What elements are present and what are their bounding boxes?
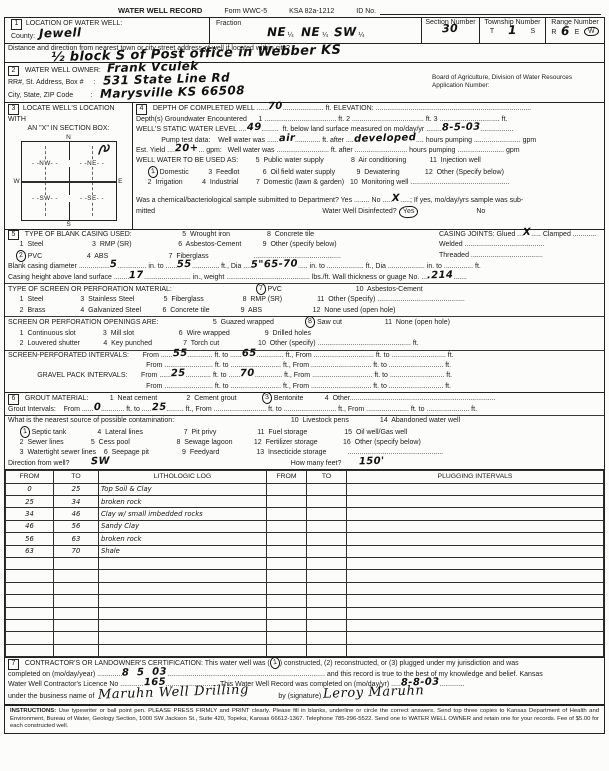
casing-joints-glued: CASING JOINTS: Glued ...X..... Clamped .… <box>436 230 604 241</box>
plug-to-cell <box>307 607 347 619</box>
form-body: 1LOCATION OF WATER WELL: County: Jewell … <box>4 17 605 734</box>
section-7-certification: 7 CONTRACTOR'S OR LANDOWNER'S CERTIFICAT… <box>5 657 604 705</box>
section-box-wrap: N - -NW- - - -NE- - - -SW- - - -SE- - <box>19 134 119 228</box>
handwritten-value: 5"65-70 <box>251 261 298 270</box>
header-plugging-intervals: PLUGGING INTERVALS <box>347 471 604 483</box>
lith-to-cell: 25 <box>54 483 99 495</box>
printed-text: Direction from well? <box>8 460 91 467</box>
lith-from-cell: 46 <box>6 520 54 532</box>
section-5-casing: 5 TYPE OF BLANK CASING USED: 5 Wrought i… <box>5 230 604 393</box>
handwritten-value: air <box>279 134 296 142</box>
casing-joints-threaded: Threaded ...............................… <box>436 251 604 263</box>
gravel-intervals-line-2: From ......................... ft. to ..… <box>5 382 604 392</box>
printed-text: ............. ft. to ...... <box>187 352 241 359</box>
lith-to-cell: 34 <box>54 496 99 508</box>
handwritten-value: 55 <box>172 349 187 357</box>
lith-to-cell <box>54 607 99 619</box>
printed-text: Casing height above land surface .......… <box>8 274 129 281</box>
section-4-number: 4 <box>136 104 147 115</box>
pen-circled-number: 3 <box>261 392 272 404</box>
range-cell: Range Number R 6 E W <box>546 18 604 43</box>
printed-text: .... hours pumping .....................… <box>416 137 536 144</box>
lith-log-cell: Top Soil & Clay <box>99 483 267 495</box>
header-from-1: FROM <box>6 471 54 483</box>
handwritten-value: X <box>523 229 531 237</box>
section-3-title1: LOCATE WELL'S LOCATION WITH <box>8 105 115 123</box>
printed-text: ............. <box>439 681 464 688</box>
table-body: 025Top Soil & Clay2534broken rock3446Cla… <box>6 483 604 656</box>
range-w-circled: W <box>584 27 599 37</box>
plug-to-cell <box>307 619 347 631</box>
printed-text: TYPE OF SCREEN OR PERFORATION MATERIAL: <box>8 286 256 293</box>
printed-text: ....... <box>453 274 467 281</box>
form-number: Form WWC-5 <box>224 8 267 15</box>
location-grid: 1LOCATION OF WATER WELL: County: Jewell … <box>5 18 604 44</box>
printed-text <box>136 169 148 176</box>
printed-text: ............. ft. after .... <box>295 137 354 144</box>
lith-to-cell: 70 <box>54 545 99 557</box>
range-value: 6 <box>561 27 570 35</box>
table-row <box>6 644 604 656</box>
contamination-line-3: 2 Sewer lines 5 Cess pool 8 Sewage lagoo… <box>5 438 604 448</box>
plug-from-cell <box>267 496 307 508</box>
quadrant-se: - -SE- - <box>69 195 116 202</box>
printed-text: mitted Water Well Disinfected? <box>136 208 399 215</box>
lith-from-cell <box>6 570 54 582</box>
lith-from-cell <box>6 632 54 644</box>
casing-row-3: 2 PVC 4 ABS 7 Fiberglass ...............… <box>5 251 604 263</box>
handwritten-value: Marysville KS 66508 <box>100 86 245 98</box>
printed-text: 2 Irrigation 4 Industrial 7 Domestic (la… <box>136 179 509 186</box>
certification-line-2: completed on (mo/day/year) .............… <box>5 670 604 680</box>
form-header: WATER WELL RECORD Form WWC-5 KSA 82a-121… <box>4 2 605 17</box>
printed-text: Septic tank 4 Lateral lines 7 Pit privy … <box>30 429 408 436</box>
lith-log-cell <box>99 557 267 569</box>
handwritten-value: SW <box>91 458 110 466</box>
agency-block: Board of Agriculture, Division of Water … <box>430 63 604 102</box>
printed-text: WELL'S STATIC WATER LEVEL .... <box>136 126 247 133</box>
printed-text: under the business name of <box>8 693 98 700</box>
lith-log-cell <box>99 632 267 644</box>
plug-from-cell <box>267 644 307 656</box>
owner-wrap: 2 WATER WELL OWNER: Frank Vculek RR#, St… <box>5 63 604 102</box>
sample-line-2: mitted Water Well Disinfected? Yes No <box>133 206 604 218</box>
printed-text: GROUT MATERIAL: 1 Neat cement 2 Cement g… <box>23 395 262 402</box>
plug-from-cell <box>267 632 307 644</box>
township-s: S <box>530 28 535 35</box>
casing-row-2: 1 Steel 3 RMP (SR) 6 Asbestos-Cement 9 O… <box>5 240 604 250</box>
pen-circled-number: 1 <box>19 425 30 437</box>
plug-to-cell <box>307 570 347 582</box>
handwritten-value: 55 <box>177 261 192 269</box>
certification-line-1: 7 CONTRACTOR'S OR LANDOWNER'S CERTIFICAT… <box>5 658 604 670</box>
table-row: 5663broken rock <box>6 533 604 545</box>
printed-text: 2 Sewer lines 5 Cess pool 8 Sewage lagoo… <box>8 439 421 446</box>
plug-interval-cell <box>347 533 604 545</box>
range-e: E <box>575 29 580 36</box>
casing-row-1-left: 5 TYPE OF BLANK CASING USED: 5 Wrought i… <box>5 230 436 241</box>
casing-joints-welded: Welded .................................… <box>436 240 604 250</box>
table-row: 3446Clay w/ small imbedded rocks <box>6 508 604 520</box>
signature-text: Leroy Maruhn <box>323 688 425 700</box>
lith-log-cell: broken rock <box>99 533 267 545</box>
est-yield-line: Est. Yield ....20+... gpm: Well water wa… <box>133 146 604 156</box>
range-r: R <box>551 29 556 36</box>
use-line-1: WELL WATER TO BE USED AS: 5 Public water… <box>133 156 604 166</box>
grout-intervals-line: Grout Intervals: From ......0...........… <box>5 405 604 415</box>
printed-text: How many feet? <box>110 460 359 467</box>
openings-line-2: 1 Continuous slot 3 Mill slot 6 Wire wra… <box>5 329 604 339</box>
plug-to-cell <box>307 533 347 545</box>
township-value-line: T 1 S <box>483 27 542 35</box>
section-2-number: 2 <box>8 66 19 77</box>
printed-text: 2 Brass 4 Galvanized Steel 6 Concrete ti… <box>8 307 396 314</box>
printed-text: Pump test data: Well water was ...... <box>136 137 279 144</box>
pen-circled-word: Yes <box>398 206 418 219</box>
table-row <box>6 582 604 594</box>
lith-log-cell: Clay w/ small imbedded rocks <box>99 508 267 520</box>
lith-from-cell <box>6 582 54 594</box>
printed-text: From ......................... ft. to ..… <box>8 383 451 390</box>
handwritten-value: 17 <box>129 271 144 279</box>
plug-to-cell <box>307 508 347 520</box>
table-row <box>6 607 604 619</box>
plug-to-cell <box>307 557 347 569</box>
lith-to-cell: 46 <box>54 508 99 520</box>
quadrant-sw: - -SW- - <box>22 195 69 202</box>
printed-text: .....; If yes, mo/day/yrs sample was sub… <box>400 197 523 204</box>
pen-circled-number: 1 <box>147 165 158 177</box>
printed-text: SCREEN-PERFORATED INTERVALS: From ...... <box>8 352 173 359</box>
county-value: Jewell <box>39 28 82 37</box>
plug-from-cell <box>267 557 307 569</box>
pen-circled-number: 8 <box>304 316 315 328</box>
casing-diameter-line: Blank casing diameter ................5.… <box>5 262 604 272</box>
pump-test-line: Pump test data: Well water was ......air… <box>133 136 604 146</box>
printed-text: by (signature) <box>249 693 323 700</box>
openings-line-3: 2 Louvered shutter 4 Key punched 7 Torch… <box>5 339 604 349</box>
lith-from-cell <box>6 619 54 631</box>
lith-log-cell <box>99 582 267 594</box>
fraction-value-line: NE ¼ NE ¼ SW ¼ <box>213 29 418 41</box>
handwritten-value: 49 <box>246 124 261 132</box>
printed-text: Est. Yield .... <box>136 147 175 154</box>
lith-from-cell <box>6 644 54 656</box>
table-row <box>6 632 604 644</box>
quadrant-nw: - -NW- - <box>22 160 69 167</box>
printed-text: ............. ft. to ...... <box>186 372 240 379</box>
header-from-2: FROM <box>267 471 307 483</box>
section-number-value: 30 <box>442 25 458 33</box>
table-header-row: FROM TO LITHOLOGIC LOG FROM TO PLUGGING … <box>6 471 604 483</box>
section-3-locate: 3LOCATE WELL'S LOCATION WITH AN "X" IN S… <box>5 103 133 229</box>
plug-interval-cell <box>347 496 604 508</box>
screen-material-line-2: 1 Steel 3 Stainless Steel 5 Fiberglass 8… <box>5 295 604 305</box>
lith-to-cell <box>54 582 99 594</box>
screen-intervals-line-2: From ......................... ft. to ..… <box>5 361 604 371</box>
water-well-record-form: WATER WELL RECORD Form WWC-5 KSA 82a-121… <box>0 0 609 771</box>
compass-s: S <box>19 221 119 228</box>
printed-text: ..................... ft. ELEVATION: ...… <box>283 105 531 112</box>
section-number-cell: Section Number 30 <box>422 18 480 43</box>
compass-n: N <box>19 134 119 141</box>
id-number-blank <box>380 6 601 15</box>
printed-text: ......... ft., From ....................… <box>166 406 477 413</box>
printed-text: .............. ft., From ...............… <box>256 352 453 359</box>
compass-w: W <box>14 178 20 185</box>
printed-text: ..... in. to ................... ft., Di… <box>298 263 481 270</box>
printed-text: From ......................... ft. to ..… <box>8 362 451 369</box>
table-row <box>6 619 604 631</box>
plug-from-cell <box>267 570 307 582</box>
certification-segments: CONTRACTOR'S OR LANDOWNER'S CERTIFICATIO… <box>23 660 519 667</box>
printed-text: 1 Continuous slot 3 Mill slot 6 Wire wra… <box>8 330 311 337</box>
lith-to-cell <box>54 595 99 607</box>
section-6-number: 6 <box>8 394 19 405</box>
lith-log-cell <box>99 570 267 582</box>
city-line: City, State, ZIP Code : Marysville KS 66… <box>5 89 430 101</box>
plug-interval-cell <box>347 483 604 495</box>
header-to-2: TO <box>307 471 347 483</box>
gravel-intervals-line-1: GRAVEL PACK INTERVALS: From ......25....… <box>5 371 604 381</box>
plug-interval-cell <box>347 619 604 631</box>
casing-row-2-left: 1 Steel 3 RMP (SR) 6 Asbestos-Cement 9 O… <box>5 240 436 250</box>
handwritten-value: .214 <box>427 271 453 280</box>
printed-text: DEPTH OF COMPLETED WELL ...... <box>151 105 268 112</box>
printed-text: completed on (mo/day/year) ............. <box>8 671 122 678</box>
printed-text: Domestic 3 Feedlot 6 Oil field water sup… <box>158 169 504 176</box>
printed-text: Threaded ...............................… <box>439 252 543 259</box>
table-row: 025Top Soil & Clay <box>6 483 604 495</box>
handwritten-value: NE <box>267 28 286 36</box>
handwritten-value: X <box>392 195 400 203</box>
table-row: 2534broken rock <box>6 496 604 508</box>
plug-to-cell <box>307 595 347 607</box>
plug-from-cell <box>267 533 307 545</box>
plug-from-cell <box>267 483 307 495</box>
handwritten-value: 0 <box>93 404 101 412</box>
handwritten-value: developed <box>354 134 416 144</box>
plug-interval-cell <box>347 632 604 644</box>
township-value: 1 <box>508 26 517 34</box>
table-row <box>6 570 604 582</box>
printed-text: 1 Steel 3 Stainless Steel 5 Fiberglass 8… <box>8 296 465 303</box>
openings-line-1: SCREEN OR PERFORATION OPENINGS ARE: 5 Gu… <box>5 316 604 329</box>
printed-text: Was a chemical/bacteriological sample su… <box>136 197 392 204</box>
pen-circled-number: 1 <box>269 657 280 669</box>
plug-interval-cell <box>347 595 604 607</box>
lith-to-cell <box>54 557 99 569</box>
handwritten-value: 8 5 03 <box>122 668 167 677</box>
contamination-line-2: 1 Septic tank 4 Lateral lines 7 Pit priv… <box>5 427 604 439</box>
section-3-title2: AN "X" IN SECTION BOX: <box>7 124 130 133</box>
printed-text: City, State, ZIP Code : <box>8 92 100 99</box>
compass-e: E <box>118 178 122 185</box>
lith-from-cell: 63 <box>6 545 54 557</box>
lith-to-cell <box>54 619 99 631</box>
lith-to-cell <box>54 632 99 644</box>
plug-from-cell <box>267 520 307 532</box>
lith-log-cell <box>99 644 267 656</box>
lith-log-cell <box>99 595 267 607</box>
plug-to-cell <box>307 496 347 508</box>
table-row <box>6 595 604 607</box>
depth-segments: DEPTH OF COMPLETED WELL ......70........… <box>151 105 531 112</box>
section-3-title-line1: 3LOCATE WELL'S LOCATION WITH <box>7 104 130 124</box>
printed-text: ... gpm: Well water was ................… <box>198 147 519 154</box>
printed-text: GRAVEL PACK INTERVALS: From ...... <box>8 372 171 379</box>
casing-height-line: Casing height above land surface .......… <box>5 273 604 283</box>
instructions-body: Use typewriter or ball point pen. PLEASE… <box>10 708 599 728</box>
casing-row-3-left: 2 PVC 4 ABS 7 Fiberglass ...............… <box>5 251 436 263</box>
plug-interval-cell <box>347 570 604 582</box>
township-cell: Township Number T 1 S <box>480 18 546 43</box>
quadrant-ne: - -NE- - <box>69 160 116 167</box>
section-5-number: 5 <box>8 230 19 241</box>
plug-interval-cell <box>347 520 604 532</box>
handwritten-value: 8-5-03 <box>442 124 481 133</box>
contamination-line-1: What is the nearest source of possible c… <box>5 415 604 426</box>
printed-text: ..... Clamped ............ <box>531 231 596 238</box>
printed-text <box>8 429 20 436</box>
township-t: T <box>490 28 494 35</box>
header-lithologic-log: LITHOLOGIC LOG <box>99 471 267 483</box>
printed-text: ........................................… <box>167 671 542 678</box>
printed-text: Grout Intervals: From ...... <box>8 406 94 413</box>
section-box: - -NW- - - -NE- - - -SW- - - -SE- - W E <box>21 141 117 221</box>
lith-to-cell <box>54 644 99 656</box>
section-3-number: 3 <box>8 104 19 115</box>
printed-text: Saw cut 11 None (open hole) <box>315 319 450 326</box>
plug-interval-cell <box>347 508 604 520</box>
printed-text: ¼ <box>320 32 334 39</box>
plug-to-cell <box>307 632 347 644</box>
plug-interval-cell <box>347 607 604 619</box>
lith-from-cell <box>6 595 54 607</box>
printed-text: 1 Steel 3 RMP (SR) 6 Asbestos-Cement 9 O… <box>8 241 337 248</box>
lith-log-cell: broken rock <box>99 496 267 508</box>
printed-text: WATER WELL OWNER: <box>23 67 107 74</box>
lith-log-cell: Sandy Clay <box>99 520 267 532</box>
lith-from-cell: 56 <box>6 533 54 545</box>
printed-text: SCREEN OR PERFORATION OPENINGS ARE: 5 Gu… <box>8 319 305 326</box>
printed-text: ................. <box>480 126 513 133</box>
casing-row-1: 5 TYPE OF BLANK CASING USED: 5 Wrought i… <box>5 230 604 241</box>
instructions-block: INSTRUCTIONS: Use typewriter or ball poi… <box>5 705 604 733</box>
certification-line-3: Water Well Contractor's Licence No .....… <box>5 680 604 690</box>
printed-text: WELL WATER TO BE USED AS: 5 Public water… <box>136 157 481 164</box>
printed-text: 2 Louvered shutter 4 Key punched 7 Torch… <box>8 340 419 347</box>
groundwater-line: Depth(s) Groundwater Encountered 1 .....… <box>133 115 604 125</box>
plug-from-cell <box>267 508 307 520</box>
printed-text <box>8 253 16 260</box>
handwritten-value: 5 <box>110 261 118 269</box>
section-1-location: 1LOCATION OF WATER WELL: County: Jewell … <box>5 18 604 63</box>
signature-text: Maruhn Well Drilling <box>98 687 249 700</box>
lith-from-cell <box>6 607 54 619</box>
county-label: County: <box>11 33 35 40</box>
plug-to-cell <box>307 582 347 594</box>
instructions-title: INSTRUCTIONS: <box>10 708 56 714</box>
statute-reference: KSA 82a-1212 <box>289 8 334 15</box>
section-2-owner: 2 WATER WELL OWNER: Frank Vculek RR#, St… <box>5 63 604 103</box>
lith-from-cell: 0 <box>6 483 54 495</box>
direction-distance-line: Direction from well? SW How many feet? 1… <box>5 459 604 469</box>
use-line-3: 2 Irrigation 4 Industrial 7 Domestic (la… <box>133 178 604 188</box>
handwritten-value: 70 <box>240 370 255 378</box>
section-1-title-line: 1LOCATION OF WATER WELL: <box>8 19 206 30</box>
handwritten-value: SW <box>334 28 357 37</box>
owner-left: 2 WATER WELL OWNER: Frank Vculek RR#, St… <box>5 63 430 102</box>
table-row: 6370Shale <box>6 545 604 557</box>
printed-text: .............. ft., Dia .... <box>192 263 251 270</box>
id-number-label: ID No. <box>356 8 376 15</box>
handwritten-value: NE <box>301 28 320 36</box>
plug-from-cell <box>267 545 307 557</box>
sections-3-4: 3LOCATE WELL'S LOCATION WITH AN "X" IN S… <box>5 103 604 230</box>
plug-from-cell <box>267 595 307 607</box>
range-value-line: R 6 E W <box>549 27 601 36</box>
lith-log-cell <box>99 607 267 619</box>
printed-text: RR#, St. Address, Box # : <box>8 79 103 86</box>
plug-interval-cell <box>347 582 604 594</box>
lith-log-cell: Shale <box>99 545 267 557</box>
section-4-depth: 4 DEPTH OF COMPLETED WELL ......70......… <box>133 103 604 229</box>
printed-text: ............ ft. to ..... <box>101 406 152 413</box>
handwritten-value: 25 <box>171 370 186 378</box>
agency-name: Board of Agriculture, Division of Water … <box>432 74 600 82</box>
header-to-1: TO <box>54 471 99 483</box>
section-6-grout: 6 GROUT MATERIAL: 1 Neat cement 2 Cement… <box>5 393 604 470</box>
county-line: County: Jewell <box>8 30 206 42</box>
printed-text: Bentonite 4 Other.......................… <box>272 395 496 402</box>
lith-log-cell <box>99 619 267 631</box>
depth-line: 4 DEPTH OF COMPLETED WELL ......70......… <box>133 104 604 115</box>
printed-text: Welded .................................… <box>439 241 544 248</box>
business-signature-line: under the business name of Maruhn Well D… <box>5 690 604 704</box>
printed-text: No <box>418 208 485 215</box>
plug-to-cell <box>307 545 347 557</box>
printed-text: What is the nearest source of possible c… <box>8 417 460 424</box>
printed-text: Blank casing diameter ................ <box>8 263 110 270</box>
printed-text: ........................ in., weight ...… <box>144 274 427 281</box>
table-row <box>6 557 604 569</box>
plug-to-cell <box>307 520 347 532</box>
application-number-label: Application Number: <box>432 82 600 90</box>
printed-text: .............. ft., From ...............… <box>255 372 452 379</box>
center-horizontal-line <box>22 181 116 183</box>
printed-text: ¼ <box>357 32 365 39</box>
plug-interval-cell <box>347 644 604 656</box>
lith-to-cell: 56 <box>54 520 99 532</box>
screen-intervals-line-1: SCREEN-PERFORATED INTERVALS: From ......… <box>5 350 604 361</box>
casing-type-title: TYPE OF BLANK CASING USED: 5 Wrought iro… <box>23 231 314 238</box>
handwritten-value: 65 <box>242 349 257 357</box>
lith-from-cell <box>6 557 54 569</box>
plug-to-cell <box>307 644 347 656</box>
form-title: WATER WELL RECORD <box>118 6 202 15</box>
printed-text: ) constructed, (2) reconstructed, or (3)… <box>280 660 519 667</box>
pen-mark <box>97 143 113 156</box>
printed-text: ¼ <box>286 32 302 39</box>
plug-from-cell <box>267 607 307 619</box>
sample-line-1: Was a chemical/bacteriological sample su… <box>133 196 604 206</box>
handwritten-value: 25 <box>151 403 166 411</box>
handwritten-value: 20+ <box>175 145 199 154</box>
handwritten-value: 150' <box>359 457 385 466</box>
lith-to-cell: 63 <box>54 533 99 545</box>
printed-text: TYPE OF BLANK CASING USED: 5 Wrought iro… <box>23 231 314 238</box>
